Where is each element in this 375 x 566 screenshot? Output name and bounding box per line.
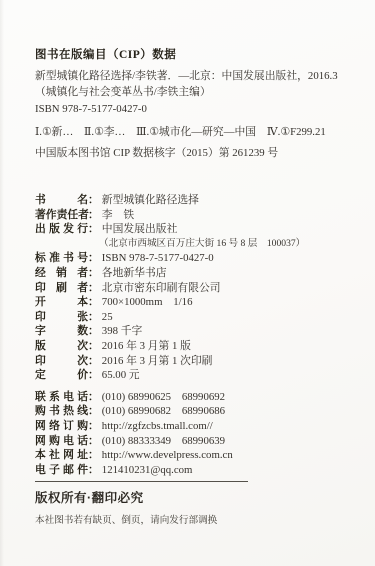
- info-value: ISBN 978-7-5177-0427-0: [102, 252, 214, 264]
- contact-info: 联系电话：(010) 68990625 68990692 购书热线：(010) …: [35, 390, 347, 478]
- colon: ：: [88, 340, 99, 352]
- colon: ：: [88, 252, 99, 264]
- info-value: 700×1000mm 1/16: [102, 296, 193, 308]
- colon: ：: [88, 369, 99, 381]
- info-row-sheets: 印张：25: [35, 310, 347, 325]
- info-value: (010) 68990682 68990686: [102, 405, 225, 417]
- colon: ：: [88, 355, 99, 367]
- info-label: 联系电话: [35, 390, 88, 405]
- info-row-price: 定价：65.00 元: [35, 368, 347, 383]
- info-row-book-title: 书名：新型城镇化路径选择: [35, 193, 347, 208]
- footer: 版权所有·翻印必究 本社图书若有缺页、倒页，请向发行部调换: [35, 488, 347, 526]
- colon: ：: [88, 267, 99, 279]
- info-label: 定价: [35, 368, 88, 383]
- info-label: 网购电话: [35, 434, 88, 449]
- info-label: 印次: [35, 354, 88, 369]
- contact-row-email: 电子邮件：121410231@qq.com: [35, 463, 347, 478]
- info-row-word-count: 字数：398 千字: [35, 324, 347, 339]
- cip-heading: 图书在版编目（CIP）数据: [35, 46, 347, 62]
- contact-row-website: 本社网址：http://www.develpress.com.cn: [35, 448, 347, 463]
- info-row-author: 著作责任者：李 铁: [35, 208, 347, 223]
- info-label: 网络订购: [35, 419, 88, 434]
- info-value: http://www.develpress.com.cn: [102, 449, 233, 461]
- book-copyright-page: 图书在版编目（CIP）数据 新型城镇化路径选择/李铁著．—北京：中国发展出版社，…: [0, 0, 375, 566]
- info-label: 版次: [35, 339, 88, 354]
- info-value: 398 千字: [102, 325, 143, 337]
- info-value: 中国发展出版社: [102, 223, 178, 235]
- copyright-statement: 版权所有·翻印必究: [35, 488, 347, 506]
- info-row-format: 开本：700×1000mm 1/16: [35, 295, 347, 310]
- publication-info: 书名：新型城镇化路径选择 著作责任者：李 铁 出版发行：中国发展出版社 （北京市…: [35, 193, 347, 383]
- info-row-printer: 印刷者：北京市密东印刷有限公司: [35, 281, 347, 296]
- colon: ：: [88, 464, 99, 476]
- cip-classification-line: Ⅰ.①新… Ⅱ.①李… Ⅲ.①城市化—研究—中国 Ⅳ.①F299.21: [35, 124, 347, 140]
- info-value: 李 铁: [102, 209, 134, 221]
- colon: ：: [88, 435, 99, 447]
- info-label: 印刷者: [35, 281, 88, 296]
- info-row-printing: 印次：2016 年 3 月第 1 次印刷: [35, 354, 347, 369]
- info-value: (010) 88333349 68990639: [102, 435, 225, 447]
- contact-row-online-store: 网络订购：http://zgfzcbs.tmall.com//: [35, 419, 347, 434]
- info-label: 著作责任者: [35, 208, 88, 223]
- colon: ：: [88, 209, 99, 221]
- cip-section: 图书在版编目（CIP）数据 新型城镇化路径选择/李铁著．—北京：中国发展出版社，…: [35, 46, 347, 161]
- info-row-edition: 版次：2016 年 3 月第 1 版: [35, 339, 347, 354]
- replacement-notice: 本社图书若有缺页、倒页，请向发行部调换: [35, 512, 347, 526]
- info-label: 购书热线: [35, 404, 88, 419]
- colon: ：: [88, 449, 99, 461]
- info-label: 出版发行: [35, 222, 88, 237]
- cip-title-line: 新型城镇化路径选择/李铁著．—北京：中国发展出版社，2016.3: [35, 68, 347, 84]
- cip-series-line: （城镇化与社会变革丛书/李铁主编）: [35, 84, 347, 100]
- colon: ：: [88, 311, 99, 323]
- info-value: 新型城镇化路径选择: [102, 194, 199, 206]
- info-label: 电子邮件: [35, 463, 88, 478]
- info-value: 2016 年 3 月第 1 次印刷: [102, 355, 213, 367]
- info-value: 121410231@qq.com: [102, 464, 193, 476]
- contact-row-order-phone: 网购电话：(010) 88333349 68990639: [35, 434, 347, 449]
- publisher-address: （北京市西城区百万庄大街 16 号 8 层 100037）: [99, 237, 347, 252]
- info-value: 各地新华书店: [102, 267, 167, 279]
- info-label: 书名: [35, 193, 88, 208]
- info-label: 本社网址: [35, 448, 88, 463]
- contact-row-phone: 联系电话：(010) 68990625 68990692: [35, 390, 347, 405]
- info-value: 25: [102, 311, 113, 323]
- info-label: 经销者: [35, 266, 88, 281]
- info-label: 开本: [35, 295, 88, 310]
- cip-isbn-line: ISBN 978-7-5177-0427-0: [35, 101, 347, 117]
- colon: ：: [88, 405, 99, 417]
- cip-record-number-line: 中国版本图书馆 CIP 数据核字（2015）第 261239 号: [35, 145, 347, 161]
- info-row-distributor: 经销者：各地新华书店: [35, 266, 347, 281]
- colon: ：: [88, 420, 99, 432]
- info-value: (010) 68990625 68990692: [102, 391, 225, 403]
- info-label: 字数: [35, 324, 88, 339]
- colon: ：: [88, 223, 99, 235]
- info-value: 2016 年 3 月第 1 版: [102, 340, 191, 352]
- contact-row-hotline: 购书热线：(010) 68990682 68990686: [35, 404, 347, 419]
- info-row-publisher: 出版发行：中国发展出版社: [35, 222, 347, 237]
- colon: ：: [88, 325, 99, 337]
- colon: ：: [88, 296, 99, 308]
- footer-divider: [35, 481, 248, 482]
- colon: ：: [88, 391, 99, 403]
- info-row-isbn: 标准书号：ISBN 978-7-5177-0427-0: [35, 251, 347, 266]
- colon: ：: [88, 194, 99, 206]
- info-value: http://zgfzcbs.tmall.com//: [102, 420, 213, 432]
- info-label: 印张: [35, 310, 88, 325]
- info-label: 标准书号: [35, 251, 88, 266]
- colon: ：: [88, 282, 99, 294]
- info-value: 北京市密东印刷有限公司: [102, 282, 221, 294]
- info-value: 65.00 元: [102, 369, 140, 381]
